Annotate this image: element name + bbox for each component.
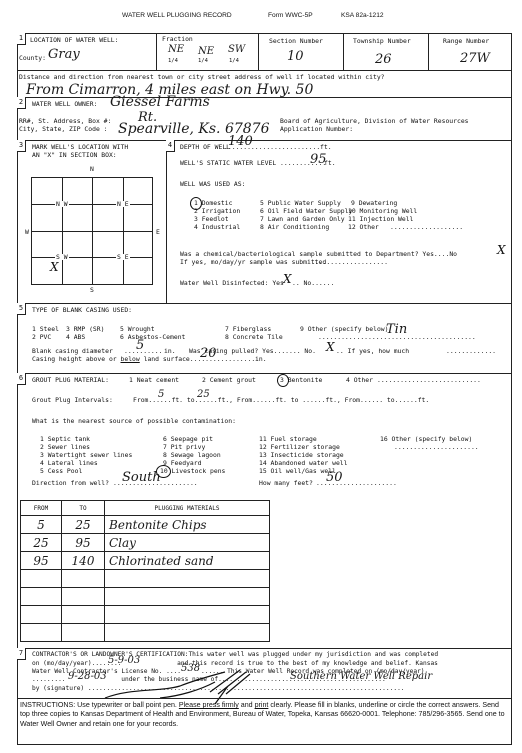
to-cell[interactable] [62,588,105,606]
from-cell[interactable]: 5 [21,516,62,534]
source-option[interactable]: 16 Other (specify below) [380,436,472,442]
plugging-materials-table: FROM TO PLUGGING MATERIALS 525Bentonite … [20,500,270,642]
to-cell[interactable] [62,624,105,642]
from-cell[interactable] [21,606,62,624]
casing-other-value[interactable]: Tin [386,322,407,337]
section-box[interactable]: N W N E S W S E X [31,177,153,285]
casing-option[interactable]: 5 Wrought [120,326,155,332]
location-label: LOCATION OF WATER WELL: [30,37,119,43]
range-label: Range Number [443,38,489,44]
material-cell[interactable] [105,588,270,606]
casing-label: TYPE OF BLANK CASING USED: [32,307,132,313]
interval-1-from[interactable]: 5 [158,389,164,400]
column-header: TO [62,501,105,516]
quadrant-nw: N W [55,201,69,207]
divider [166,140,167,303]
section-number: 4 [166,140,175,152]
diameter-value[interactable]: 5 [136,338,144,353]
board-label: Board of Agriculture, Division of Water … [280,118,469,124]
dot-leader: ................... [390,224,463,230]
owner-label: WATER WELL OWNER: [32,101,97,107]
material-cell[interactable] [105,570,270,588]
source-option[interactable]: 1 Septic tank [40,436,90,442]
from-cell[interactable]: 95 [21,552,62,570]
height-label-pre: Casing height above or [32,355,121,363]
use-option[interactable]: 2 Irrigation [194,208,240,214]
sample-date-label: If yes, mo/day/yr sample was submitted [180,259,326,265]
quadrant-se: S E [116,254,130,260]
grout-label: GROUT PLUG MATERIAL: [32,377,109,383]
interval-text: From......ft. to......ft., From......ft.… [133,397,429,403]
compass-w: W [25,229,29,235]
from-cell[interactable]: 25 [21,534,62,552]
certification-text: and this record is true to the best of m… [173,660,438,667]
section-number-value[interactable]: 10 [287,49,304,64]
city-label: City, State, ZIP Code : [19,126,108,132]
casing-option[interactable]: 4 ABS [66,334,85,340]
certification-line-1: CONTRACTOR'S OR LANDOWNER'S CERTIFICATIO… [32,652,438,658]
divider [17,698,512,699]
use-option[interactable]: 6 Oil Field Water Supply [260,208,352,214]
certification-line-2: on (mo/day/year)........ and this record… [32,661,438,667]
feet-label: How many feet? [259,480,313,486]
instructions: INSTRUCTIONS: Use typewriter or ball poi… [20,701,510,729]
use-option[interactable]: 7 Lawn and Garden Only [260,216,345,222]
to-cell[interactable] [62,606,105,624]
divider [17,97,512,98]
divider [258,33,259,70]
to-cell[interactable]: 25 [62,516,105,534]
casing-option[interactable]: 7 Fiberglass [225,326,271,332]
county-label: County: [19,55,46,61]
dot-leader: ............. [446,348,496,354]
section-number: 1 [17,33,26,45]
address-label: RR#, St. Address, Box #: [19,118,111,124]
source-option[interactable]: 8 Sewage lagoon [163,452,221,458]
from-cell[interactable] [21,624,62,642]
depth-label: DEPTH OF WELL [180,144,230,150]
use-option[interactable]: 3 Feedlot [194,216,229,222]
diameter-unit: in. [164,348,176,354]
casing-option[interactable]: 3 RMP (SR) [66,326,104,332]
feet-value[interactable]: 50 [326,470,343,485]
table-row: 2595Clay [21,534,270,552]
divider [17,303,512,304]
from-cell[interactable] [21,570,62,588]
grid-line [32,231,152,232]
material-cell[interactable]: Chlorinated sand [105,552,270,570]
material-cell[interactable] [105,606,270,624]
township-value[interactable]: 26 [375,52,392,67]
used-as-label: WELL WAS USED AS: [180,181,245,187]
table-row [21,606,270,624]
compass-n: N [90,166,94,172]
sample-no-mark[interactable]: X [497,243,506,257]
quarter-label: 1/4 [198,59,208,65]
unit-label: ft. [320,144,332,150]
application-label: Application Number: [280,126,353,132]
height-label-below: below [121,355,140,363]
to-cell[interactable]: 95 [62,534,105,552]
quarter-label: 1/4 [229,59,239,65]
compass-e: E [156,229,160,235]
fraction-1[interactable]: NE [168,44,184,55]
instructions-emphasis: Please press firmly [179,701,239,709]
source-option[interactable]: 14 Abandoned water well [259,460,348,466]
owner-value[interactable]: Giessel Farms [110,94,210,110]
use-option[interactable]: 5 Public Water Supply [260,200,341,206]
instructions-text: and [239,701,255,709]
divider [17,140,512,141]
form-statute: KSA 82a-1212 [341,12,384,19]
use-option[interactable]: 11 Injection Well [348,216,413,222]
divider [343,33,344,70]
material-cell[interactable]: Clay [105,534,270,552]
from-cell[interactable] [21,588,62,606]
location-box-label: MARK WELL'S LOCATION WITH [32,144,128,150]
use-option[interactable]: 8 Air Conditioning [260,224,329,230]
contamination-label: What is the nearest source of possible c… [32,418,236,424]
section-number: 2 [17,97,26,109]
table-row [21,624,270,642]
disinfected-yes-mark[interactable]: X [283,272,292,286]
county-value[interactable]: Gray [48,47,80,62]
grout-option[interactable]: 2 Cement grout [202,377,256,383]
pulled-no-mark[interactable]: X [326,340,335,354]
grid-line [32,257,152,258]
source-option[interactable]: 11 Fuel storage [259,436,317,442]
casing-option[interactable]: 6 Asbestos-Cement [120,334,185,340]
material-cell[interactable] [105,624,270,642]
compass-s: S [90,287,94,293]
table-header-row: FROM TO PLUGGING MATERIALS [21,501,270,516]
intervals-label: Grout Plug Intervals: [32,397,113,403]
use-option[interactable]: 4 Industrial [194,224,240,230]
use-option[interactable]: 10 Monitoring Well [348,208,417,214]
height-label-post: land surface [140,355,190,363]
diameter-label: Blank casing diameter [32,348,113,354]
source-option[interactable]: 13 Insecticide storage [259,452,344,458]
certification-text: ......... [32,676,66,683]
source-option[interactable]: 6 Seepage pit [163,436,213,442]
source-option[interactable]: 4 Lateral lines [40,460,98,466]
interval-1-to[interactable]: 25 [197,389,210,400]
height-unit: in. [255,356,267,362]
table-row [21,570,270,588]
fraction-label: Fraction [162,36,193,42]
divider [17,70,512,71]
use-option[interactable]: 12 Other [348,224,379,230]
quarter-label: 1/4 [168,59,178,65]
source-option[interactable]: 2 Sewer lines [40,444,90,450]
section-number-label: Section Number [269,38,323,44]
divider [17,648,512,649]
instructions-emphasis: print [255,701,269,709]
divider [428,33,429,70]
form-number: Form WWC-5P [268,12,313,19]
dot-leader: ........................... [377,377,481,383]
signature-label-text: by (signature) [32,685,84,692]
source-option[interactable]: 12 Fertilizer storage [259,444,340,450]
column-header: PLUGGING MATERIALS [105,501,270,516]
source-option[interactable]: 5 Cess Pool [40,468,82,474]
section-number: 6 [17,373,26,385]
selected-use-circle [190,197,202,210]
how-much-label: .. If yes, how much [336,348,409,354]
fraction-3[interactable]: SW [228,44,245,55]
use-option[interactable]: 9 Dewatering [351,200,397,206]
instructions-text: INSTRUCTIONS: Use typewriter or ball poi… [20,701,179,709]
material-cell[interactable]: Bentonite Chips [105,516,270,534]
grid-line [32,204,152,205]
quadrant-ne: N E [116,201,130,207]
well-location-mark[interactable]: X [50,260,59,274]
height-label: Casing height above or below land surfac… [32,356,259,362]
dot-leader: ...................... [394,444,479,450]
disinfected-label: Water Well Disinfected: Yes [180,280,284,286]
location-box-label: AN "X" IN SECTION BOX: [32,152,117,158]
column-header: FROM [21,501,62,516]
table-row: 525Bentonite Chips [21,516,270,534]
form-title: WATER WELL PLUGGING RECORD [122,12,232,19]
range-value[interactable]: 27W [460,51,490,66]
business-name-value[interactable]: Southern Water Well Repair [290,671,432,682]
fraction-2[interactable]: NE [198,46,214,57]
casing-option[interactable]: 9 Other (specify below) [300,326,389,332]
section-number: 3 [17,140,26,152]
dot-leader: .................... [311,259,388,265]
completed-date-value[interactable]: 5-9-03 [108,655,140,666]
sample-question: Was a chemical/bacteriological sample su… [180,251,457,257]
divider [156,33,157,70]
direction-label: Direction from well? [32,480,109,486]
table-row: 95140Chlorinated sand [21,552,270,570]
disinfected-no: .. No...... [292,280,334,286]
grout-option[interactable]: 1 Neat cement [129,377,179,383]
township-label: Township Number [353,38,411,44]
distance-label: Distance and direction from nearest town… [19,74,385,80]
to-cell[interactable]: 140 [62,552,105,570]
section-number: 5 [17,303,26,315]
source-option[interactable]: 9 Feedyard [163,460,201,466]
height-value[interactable]: 20 [200,346,217,361]
selected-grout-circle [277,374,289,387]
divider [17,373,512,374]
depth-value[interactable]: 140 [228,134,253,149]
unit-label: ft. [324,160,336,166]
grout-option[interactable]: 4 Other [346,377,373,383]
table-row [21,588,270,606]
casing-option[interactable]: 8 Concrete Tile [225,334,283,340]
to-cell[interactable] [62,570,105,588]
casing-option[interactable]: 2 PVC [32,334,51,340]
source-option[interactable]: 15 Oil well/Gas well [259,468,336,474]
casing-option[interactable]: 1 Steel [32,326,59,332]
section-number: 7 [17,648,26,660]
direction-value[interactable]: South [122,470,161,485]
static-label: WELL'S STATIC WATER LEVEL [180,160,276,166]
source-option[interactable]: 7 Pit privy [163,444,205,450]
source-option[interactable]: 3 Watertight sewer lines [40,452,132,458]
